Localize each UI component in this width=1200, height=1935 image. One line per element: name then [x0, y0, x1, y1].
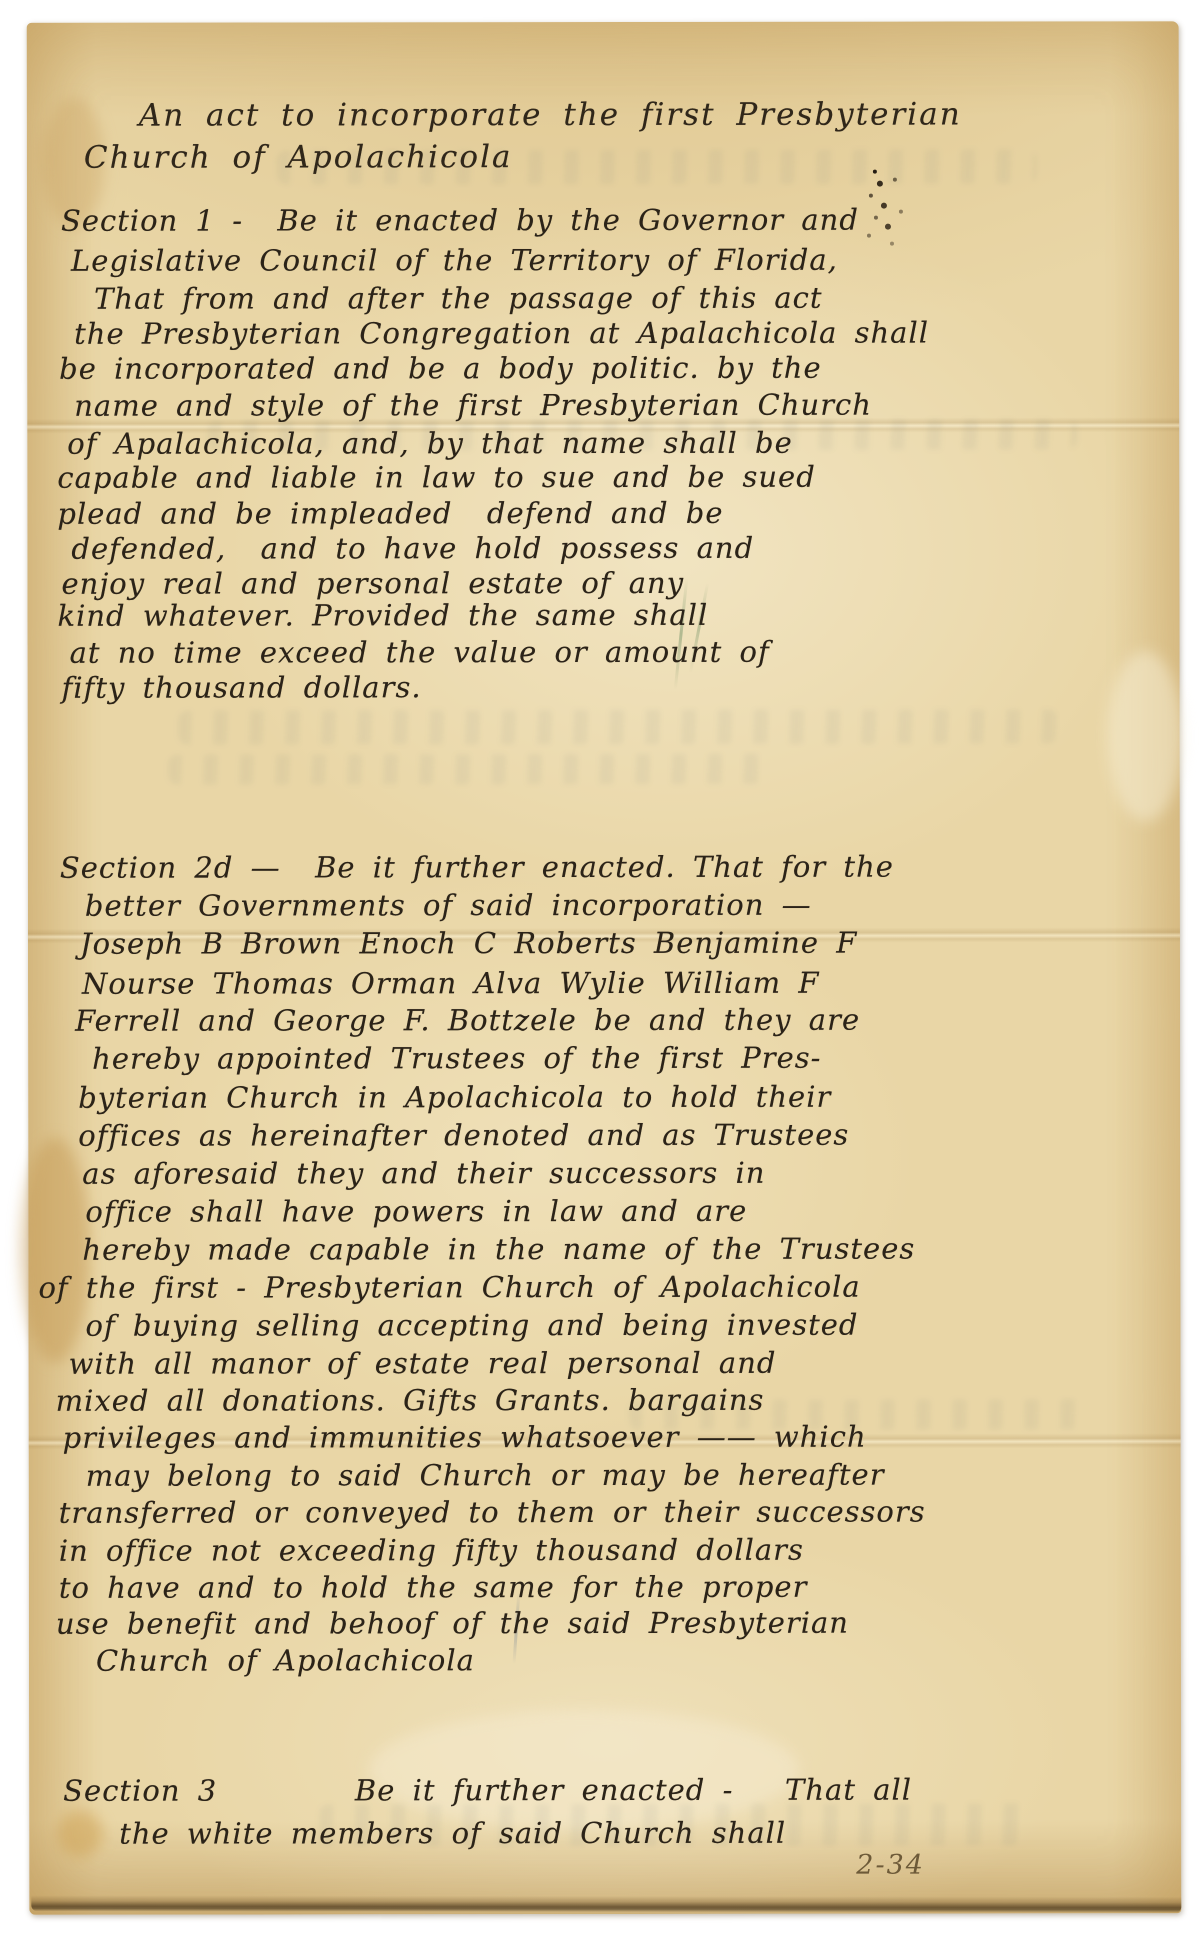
title-line: An act to incorporate the first Presbyte… [139, 97, 962, 132]
bleed-through-smudge [168, 754, 768, 785]
page-number: 2-34 [856, 1850, 925, 1881]
manuscript-line: office shall have powers in law and are [85, 1196, 747, 1229]
paper-bottom-edge-shadow [31, 1895, 1181, 1912]
manuscript-line: better Governments of said incorporation… [85, 890, 812, 923]
bottom-left-stain [57, 1811, 103, 1857]
manuscript-line: That from and after the passage of this … [94, 283, 823, 316]
manuscript-line: defended, and to have hold possess and [71, 533, 754, 566]
manuscript-line: byterian Church in Apolachicola to hold … [78, 1082, 831, 1115]
edge-stain [20, 1138, 90, 1363]
manuscript-line: with all manor of estate real personal a… [69, 1348, 777, 1381]
manuscript-line: to have and to hold the same for the pro… [59, 1572, 808, 1605]
bleed-through-smudge [178, 709, 1058, 744]
manuscript-line: may belong to said Church or may be here… [86, 1460, 885, 1493]
manuscript-line: privileges and immunities whatsoever —— … [63, 1422, 867, 1455]
manuscript-line: Joseph B Brown Enoch C Roberts Benjamine… [80, 928, 857, 961]
manuscript-line: hereby made capable in the name of the T… [82, 1234, 915, 1267]
manuscript-line: at no time exceed the value or amount of [70, 637, 770, 670]
manuscript-line: Legislative Council of the Territory of … [71, 245, 838, 278]
manuscript-line: plead and be impleaded defend and be [57, 498, 723, 531]
manuscript-line: Nourse Thomas Orman Alva Wylie William F [82, 968, 819, 1001]
manuscript-line: as aforesaid they and their successors i… [82, 1158, 765, 1191]
manuscript-line: of Apalachicola, and, by that name shall… [67, 428, 793, 461]
manuscript-line: Ferrell and George F. Bottzele be and th… [75, 1005, 860, 1038]
light-patch [1108, 651, 1183, 821]
manuscript-line: Section 1 - Be it enacted by the Governo… [61, 205, 859, 238]
manuscript-line: fifty thousand dollars. [62, 672, 422, 704]
manuscript-line: the Presbyterian Congregation at Apalach… [74, 318, 929, 351]
manuscript-paper: An act to incorporate the first Presbyte… [27, 21, 1182, 1915]
manuscript-line: capable and liable in law to sue and be … [57, 462, 815, 495]
manuscript-line: hereby appointed Trustees of the first P… [92, 1043, 821, 1076]
manuscript-line: use benefit and behoof of the said Presb… [56, 1608, 849, 1641]
manuscript-line: kind whatever. Provided the same shall [57, 600, 708, 633]
manuscript-line: Church of Apolachicola [96, 1645, 475, 1677]
manuscript-line: of buying selling accepting and being in… [85, 1310, 858, 1343]
title-line: Church of Apolachicola [84, 140, 513, 175]
manuscript-line: mixed all donations. Gifts Grants. barga… [56, 1385, 765, 1418]
manuscript-line: transferred or conveyed to them or their… [59, 1497, 926, 1530]
manuscript-line: offices as hereinafter denoted and as Tr… [78, 1120, 849, 1153]
manuscript-line: the white members of said Church shall [119, 1818, 786, 1851]
manuscript-line: enjoy real and personal estate of any [61, 568, 684, 601]
manuscript-line: of the first - Presbyterian Church of Ap… [38, 1272, 860, 1305]
manuscript-line: Section 3 Be it further enacted - That a… [63, 1775, 912, 1808]
manuscript-line: in office not exceeding fifty thousand d… [59, 1535, 804, 1568]
manuscript-line: Section 2d — Be it further enacted. That… [60, 852, 894, 885]
ink-speckles [873, 170, 877, 174]
manuscript-line: name and style of the first Presbyterian… [74, 390, 872, 423]
manuscript-line: be incorporated and be a body politic. b… [59, 353, 822, 386]
